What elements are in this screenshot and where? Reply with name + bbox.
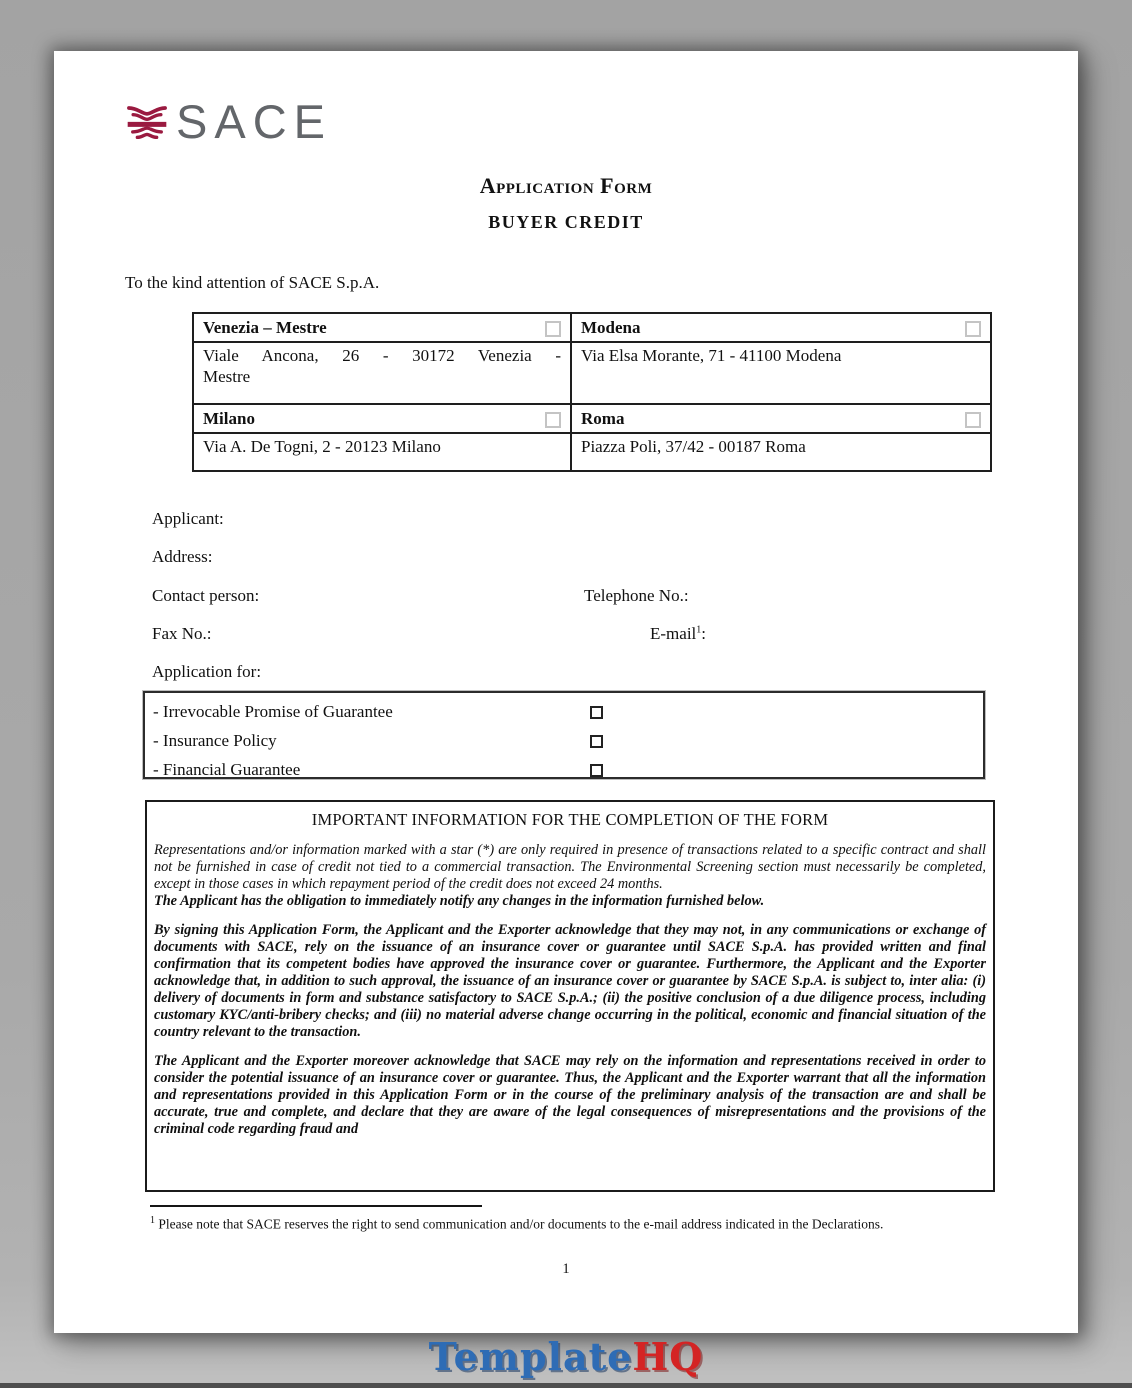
form-subtitle: BUYER CREDIT bbox=[54, 212, 1078, 233]
footnote-ref: 1 bbox=[150, 1215, 155, 1226]
table-row: Milano Roma bbox=[193, 404, 991, 433]
important-info-paragraph: Representations and/or information marke… bbox=[154, 842, 986, 893]
list-item: - Irrevocable Promise of Guarantee bbox=[145, 698, 983, 727]
watermark-text-blue: Template bbox=[429, 1334, 633, 1379]
roma-checkbox[interactable] bbox=[965, 412, 981, 428]
office-venezia-header: Venezia – Mestre bbox=[193, 313, 571, 342]
watermark-text-red: HQ bbox=[632, 1334, 703, 1379]
footnote: 1 Please note that SACE reserves the rig… bbox=[150, 1212, 998, 1233]
important-info-paragraph: By signing this Application Form, the Ap… bbox=[154, 922, 986, 1041]
address-line: Mestre bbox=[203, 366, 561, 387]
office-milano-address: Via A. De Togni, 2 - 20123 Milano bbox=[193, 433, 571, 471]
application-options-box: - Irrevocable Promise of Guarantee - Ins… bbox=[143, 691, 985, 779]
address-label: Address: bbox=[152, 547, 212, 567]
bottom-edge-strip bbox=[0, 1383, 1132, 1388]
sace-logo-icon bbox=[126, 97, 168, 150]
address-line: Viale Ancona, 26 - 30172 Venezia - bbox=[203, 345, 561, 366]
option-label: - Insurance Policy bbox=[153, 731, 277, 751]
address-line: Piazza Poli, 37/42 - 00187 Roma bbox=[581, 436, 981, 457]
list-item: - Insurance Policy bbox=[145, 727, 983, 756]
list-item: - Financial Guarantee bbox=[145, 756, 983, 785]
table-row: Viale Ancona, 26 - 30172 Venezia - Mestr… bbox=[193, 342, 991, 404]
milano-checkbox[interactable] bbox=[545, 412, 561, 428]
form-title: Application Form bbox=[54, 173, 1078, 199]
telephone-label: Telephone No.: bbox=[584, 586, 689, 606]
address-line: Via A. De Togni, 2 - 20123 Milano bbox=[203, 436, 561, 457]
option-label: - Financial Guarantee bbox=[153, 760, 300, 780]
office-name: Milano bbox=[203, 409, 255, 428]
footnote-divider bbox=[150, 1205, 482, 1207]
important-info-paragraph: The Applicant and the Exporter moreover … bbox=[154, 1053, 986, 1138]
modena-checkbox[interactable] bbox=[965, 321, 981, 337]
table-row: Via A. De Togni, 2 - 20123 Milano Piazza… bbox=[193, 433, 991, 471]
attention-line: To the kind attention of SACE S.p.A. bbox=[125, 273, 379, 293]
applicant-label: Applicant: bbox=[152, 509, 224, 529]
page-number: 1 bbox=[54, 1261, 1078, 1278]
sace-wordmark: SACE bbox=[176, 97, 332, 147]
fax-label: Fax No.: bbox=[152, 624, 212, 644]
irrevocable-promise-checkbox[interactable] bbox=[590, 706, 603, 719]
office-name: Modena bbox=[581, 318, 641, 337]
office-modena-address: Via Elsa Morante, 71 - 41100 Modena bbox=[571, 342, 991, 404]
office-modena-header: Modena bbox=[571, 313, 991, 342]
offices-table: Venezia – Mestre Modena Viale Ancona, 26… bbox=[192, 312, 992, 472]
office-venezia-address: Viale Ancona, 26 - 30172 Venezia - Mestr… bbox=[193, 342, 571, 404]
document-page: SACE Application Form BUYER CREDIT To th… bbox=[54, 51, 1078, 1333]
office-roma-address: Piazza Poli, 37/42 - 00187 Roma bbox=[571, 433, 991, 471]
templatehq-watermark: TemplateHQ bbox=[0, 1336, 1132, 1378]
contact-person-label: Contact person: bbox=[152, 586, 259, 606]
application-for-label: Application for: bbox=[152, 662, 261, 682]
office-roma-header: Roma bbox=[571, 404, 991, 433]
important-info-title: IMPORTANT INFORMATION FOR THE COMPLETION… bbox=[154, 810, 986, 830]
office-name: Venezia – Mestre bbox=[203, 318, 327, 337]
option-label: - Irrevocable Promise of Guarantee bbox=[153, 702, 393, 722]
important-information-box: IMPORTANT INFORMATION FOR THE COMPLETION… bbox=[145, 800, 995, 1192]
screenshot-background: SACE Application Form BUYER CREDIT To th… bbox=[0, 0, 1132, 1388]
office-milano-header: Milano bbox=[193, 404, 571, 433]
address-line: Via Elsa Morante, 71 - 41100 Modena bbox=[581, 345, 981, 366]
financial-guarantee-checkbox[interactable] bbox=[590, 764, 603, 777]
email-label: E-mail1: bbox=[650, 624, 706, 644]
table-row: Venezia – Mestre Modena bbox=[193, 313, 991, 342]
office-name: Roma bbox=[581, 409, 624, 428]
footnote-text: Please note that SACE reserves the right… bbox=[158, 1217, 883, 1232]
insurance-policy-checkbox[interactable] bbox=[590, 735, 603, 748]
venezia-checkbox[interactable] bbox=[545, 321, 561, 337]
important-info-bold-line: The Applicant has the obligation to imme… bbox=[154, 893, 986, 910]
